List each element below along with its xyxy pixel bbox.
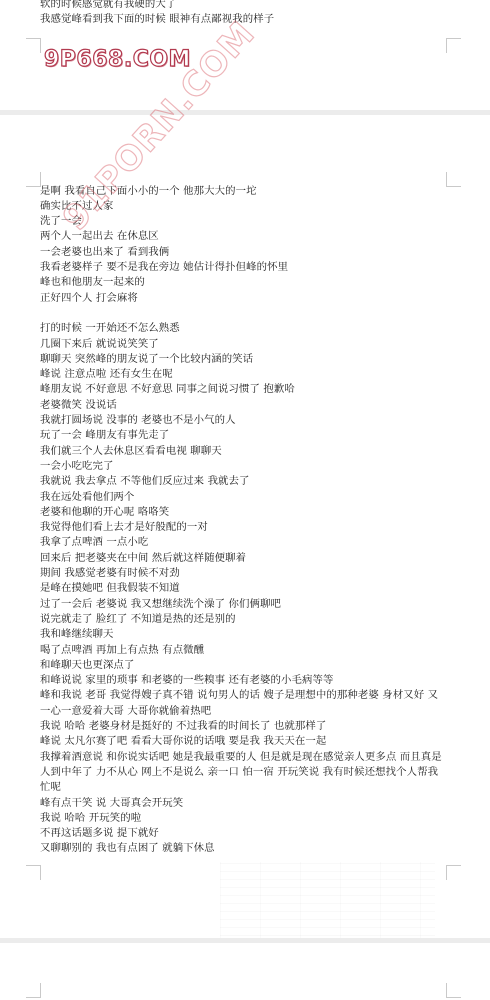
text-line: 两个人一起出去 在休息区 bbox=[40, 229, 159, 244]
text-line: 一会老婆也出来了 看到我俩 bbox=[40, 245, 169, 260]
text-line: 我们就三个人去休息区看看电视 聊聊天 bbox=[40, 444, 222, 459]
text-line: 我拿了点啤酒 一点小吃 bbox=[40, 535, 148, 550]
text-line: 我在远处看他们两个 bbox=[40, 490, 134, 505]
text-line: 喝了点啤酒 再加上有点热 有点微醺 bbox=[40, 643, 204, 658]
crop-mark bbox=[446, 172, 461, 187]
text-line: 人到中年了 力不从心 网上不是说么 亲一口 怕一宿 开玩笑说 我有时候还想找个人… bbox=[40, 765, 438, 780]
crop-mark bbox=[446, 38, 461, 53]
text-line: 老婆微笑 没说话 bbox=[40, 398, 117, 413]
text-line: 一心一意爱着大哥 大哥你就偷着热吧 bbox=[40, 704, 211, 719]
text-line: 是啊 我看自己下面小小的一个 他那大大的一坨 bbox=[40, 184, 257, 199]
text-line: 过了一会后 老婆说 我又想继续洗个澡了 你们俩聊吧 bbox=[40, 597, 281, 612]
crop-mark bbox=[26, 865, 41, 880]
text-line: 峰也和他朋友一起来的 bbox=[40, 275, 145, 290]
text-line: 是峰在摸她吧 但我假装不知道 bbox=[40, 581, 180, 596]
text-line: 软的时候感觉就有我硬的大了 bbox=[40, 0, 176, 12]
text-line: 峰有点干笑 说 大哥真会开玩笑 bbox=[40, 796, 183, 811]
text-line: 聊聊天 突然峰的朋友说了一个比较内涵的笑话 bbox=[40, 352, 253, 367]
crop-mark bbox=[26, 38, 41, 53]
text-line: 我就说 我去拿点 不等他们反应过来 我就去了 bbox=[40, 474, 250, 489]
text-line: 我就打圆场说 没事的 老婆也不是小气的人 bbox=[40, 413, 236, 428]
crop-mark bbox=[446, 865, 461, 880]
text-line: 我感觉峰看到我下面的时候 眼神有点鄙视我的样子 bbox=[40, 12, 274, 27]
crop-mark bbox=[26, 983, 41, 998]
text-line: 我和峰继续聊天 bbox=[40, 627, 113, 642]
text-line: 正好四个人 打会麻将 bbox=[40, 291, 138, 306]
text-line: 一会小吃吃完了 bbox=[40, 459, 113, 474]
document-page-1: 软的时候感觉就有我硬的大了 我感觉峰看到我下面的时候 眼神有点鄙视我的样子 9P… bbox=[0, 0, 490, 110]
text-line: 又聊聊别的 我也有点困了 就躺下休息 bbox=[40, 841, 215, 856]
text-line: 我觉得他们看上去才是好般配的一对 bbox=[40, 520, 208, 535]
text-line: 老婆和他聊的开心呢 咯咯笑 bbox=[40, 505, 169, 520]
text-line: 忙呢 bbox=[40, 780, 61, 795]
text-line: 说完就走了 脸红了 不知道是热的还是别的 bbox=[40, 612, 236, 627]
text-line: 和峰说说 家里的琐事 和老婆的一些糗事 还有老婆的小毛病等等 bbox=[40, 673, 333, 688]
crop-mark bbox=[26, 172, 41, 187]
text-line: 我看老婆样子 要不是我在旁边 她估计得扑但峰的怀里 bbox=[40, 260, 288, 275]
text-line: 和峰聊天也更深点了 bbox=[40, 658, 134, 673]
text-line: 我撑着酒意说 和你说实话吧 她是我最重要的人 但是就是现在感觉亲人更多点 而且真… bbox=[40, 750, 442, 765]
crop-mark bbox=[446, 983, 461, 998]
text-line: 几圈下来后 就说说笑笑了 bbox=[40, 337, 159, 352]
site-logo-watermark: 9P668.COM bbox=[44, 47, 191, 72]
text-line: 回来后 把老婆夹在中间 然后就这样随便聊着 bbox=[40, 551, 246, 566]
text-line: 峰说 注意点啦 还有女生在呢 bbox=[40, 367, 173, 382]
text-line: 我说 哈哈 开玩笑的啦 bbox=[40, 811, 141, 826]
text-line: 玩了一会 峰朋友有事先走了 bbox=[40, 428, 169, 443]
text-line: 确实比不过人家 bbox=[40, 199, 113, 214]
text-line: 峰和我说 老哥 我觉得嫂子真不错 说句男人的话 嫂子是理想中的那种老婆 身材又好… bbox=[40, 688, 438, 703]
text-line: 期间 我感觉老婆有时候不对劲 bbox=[40, 566, 180, 581]
text-line: 打的时候 一开始还不怎么熟悉 bbox=[40, 321, 180, 336]
text-line: 我说 哈哈 老婆身材是挺好的 不过我看的时间长了 也就那样了 bbox=[40, 719, 326, 734]
text-line: 峰说 太凡尔赛了吧 看看大哥你说的话哦 要是我 我天天在一起 bbox=[40, 734, 326, 749]
document-page-3 bbox=[0, 943, 490, 1000]
text-line: 峰朋友说 不好意思 不好意思 同事之间说习惯了 抱歉哈 bbox=[40, 382, 295, 397]
text-line: 洗了一会 bbox=[40, 214, 82, 229]
text-line: 不再这话题多说 提下就好 bbox=[40, 826, 159, 841]
